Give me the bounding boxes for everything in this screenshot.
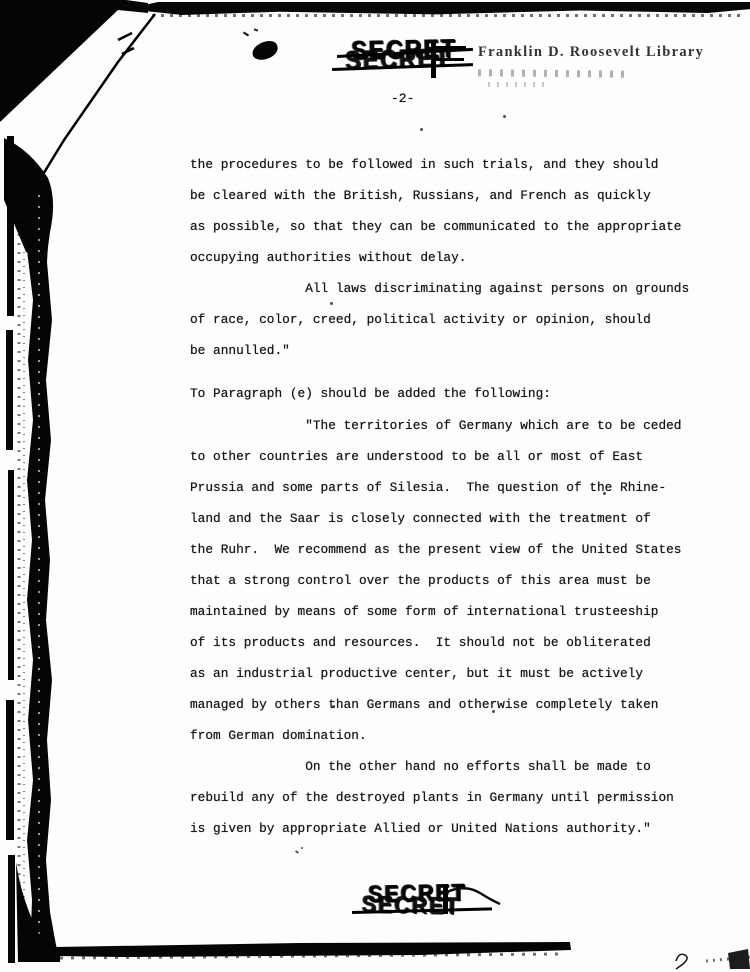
text-line: the procedures to be followed in such tr…: [190, 149, 689, 180]
scan-speck: [295, 850, 299, 854]
stamp-cancel-mark: [436, 46, 466, 49]
text-line: On the other hand no efforts shall be ma…: [190, 751, 681, 782]
text-line: to other countries are understood to be …: [190, 441, 681, 472]
paragraph-block: the procedures to be followed in such tr…: [190, 149, 689, 366]
faint-stamp-line: [478, 69, 630, 78]
text-line: as an industrial productive center, but …: [190, 658, 681, 689]
scan-border-top-speckle: [152, 14, 744, 17]
paragraph-block: "The territories of Germany which are to…: [190, 410, 681, 844]
text-line: occupying authorities without delay.: [190, 242, 689, 273]
text-line: as possible, so that they can be communi…: [190, 211, 689, 242]
scan-speck: [503, 115, 506, 118]
scan-speck: [603, 492, 606, 495]
page-number: -2-: [391, 91, 414, 106]
text-line: that a strong control over the products …: [190, 565, 681, 596]
text-line: be annulled.": [190, 335, 689, 366]
text-line: of its products and resources. It should…: [190, 627, 681, 658]
scan-speck: [420, 128, 423, 131]
text-line: the Ruhr. We recommend as the present vi…: [190, 534, 681, 565]
scan-speck: [330, 302, 333, 305]
text-line: "The territories of Germany which are to…: [190, 410, 681, 441]
stamp-cancel-mark: [436, 58, 464, 61]
text-line: from German domination.: [190, 720, 681, 751]
scan-speck: [301, 847, 303, 849]
text-line: All laws discriminating against persons …: [190, 273, 689, 304]
library-stamp: Franklin D. Roosevelt Library: [478, 44, 704, 61]
ink-blot: [250, 39, 280, 62]
text-line: maintained by means of some form of inte…: [190, 596, 681, 627]
ink-speck: [243, 32, 249, 37]
pen-swoosh-mark: [445, 882, 503, 908]
text-line: land and the Saar is closely connected w…: [190, 503, 681, 534]
scan-speck: [332, 705, 335, 708]
text-line: of race, color, creed, political activit…: [190, 304, 689, 335]
text-line: is given by appropriate Allied or United…: [190, 813, 681, 844]
text-line: managed by others than Germans and other…: [190, 689, 681, 720]
scan-border-bottom: [0, 927, 750, 972]
faint-stamp-line: [488, 82, 546, 87]
text-line: rebuild any of the destroyed plants in G…: [190, 782, 681, 813]
ink-speck: [254, 28, 258, 31]
text-line: Prussia and some parts of Silesia. The q…: [190, 472, 681, 503]
text-line: To Paragraph (e) should be added the fol…: [190, 378, 551, 409]
scanned-document-page: SECRET SECRET Franklin D. Roosevelt Libr…: [0, 0, 750, 972]
scan-border-left: [0, 0, 170, 972]
paragraph-block: To Paragraph (e) should be added the fol…: [190, 378, 551, 409]
text-line: be cleared with the British, Russians, a…: [190, 180, 689, 211]
scan-speck: [492, 710, 495, 713]
